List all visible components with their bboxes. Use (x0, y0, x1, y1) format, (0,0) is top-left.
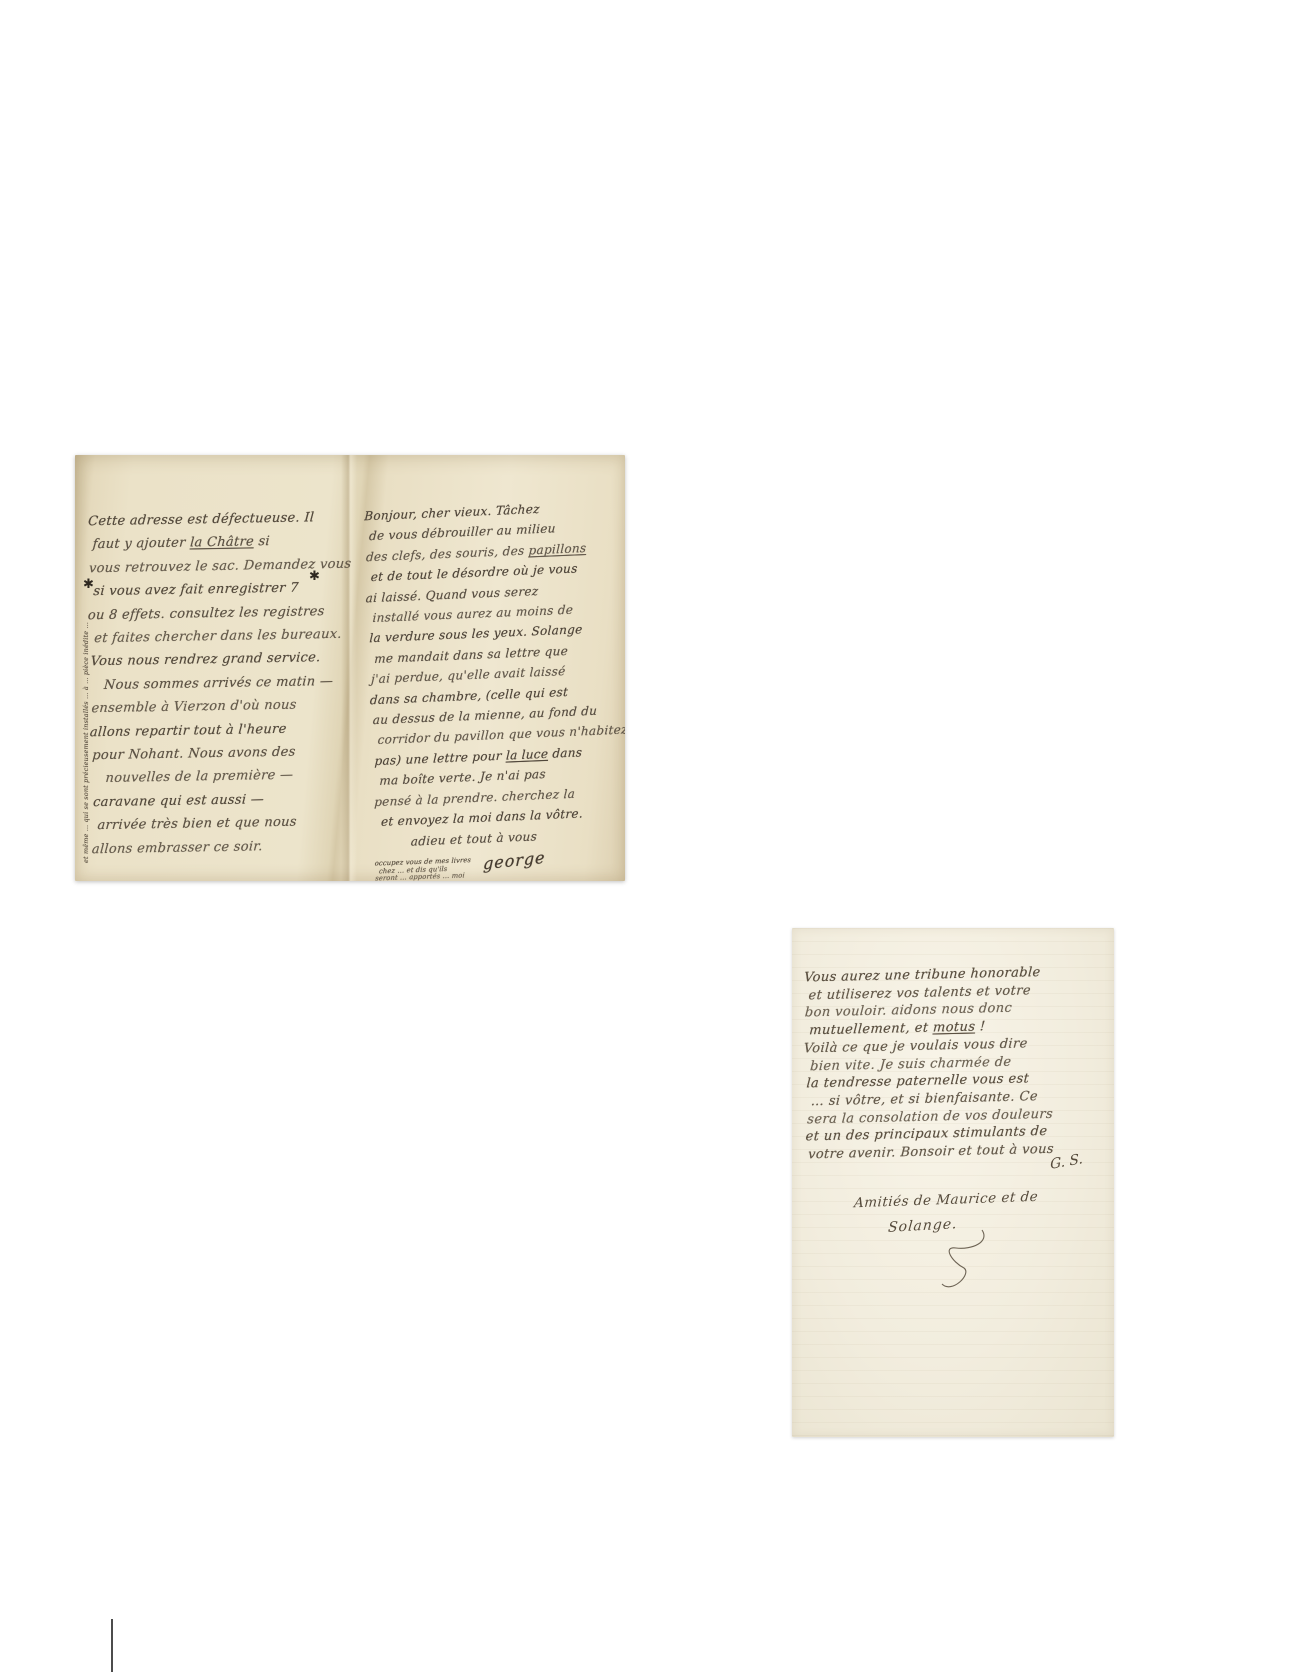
letter-single-photo: Vous aurez une tribune honorable et util… (792, 928, 1114, 1437)
manuscript-line: allons embrasser ce soir. (91, 833, 347, 861)
signature-flourish-stroke (912, 1228, 1002, 1298)
crop-mark (111, 1619, 113, 1672)
letter-right-page: Bonjour, cher vieux. Tâchez de vous débr… (364, 496, 624, 853)
letter-spread-photo: ✱ ✱ et même … qui se sont précieusement … (75, 455, 625, 881)
letter-left-page: Cette adresse est défectueuse. Il faut y… (88, 506, 346, 861)
catalog-page: ✱ ✱ et même … qui se sont précieusement … (0, 0, 1301, 1672)
closing-line-maurice: Amitiés de Maurice et de (853, 1189, 1038, 1211)
letter-single-body: Vous aurez une tribune honorable et util… (804, 963, 1106, 1164)
